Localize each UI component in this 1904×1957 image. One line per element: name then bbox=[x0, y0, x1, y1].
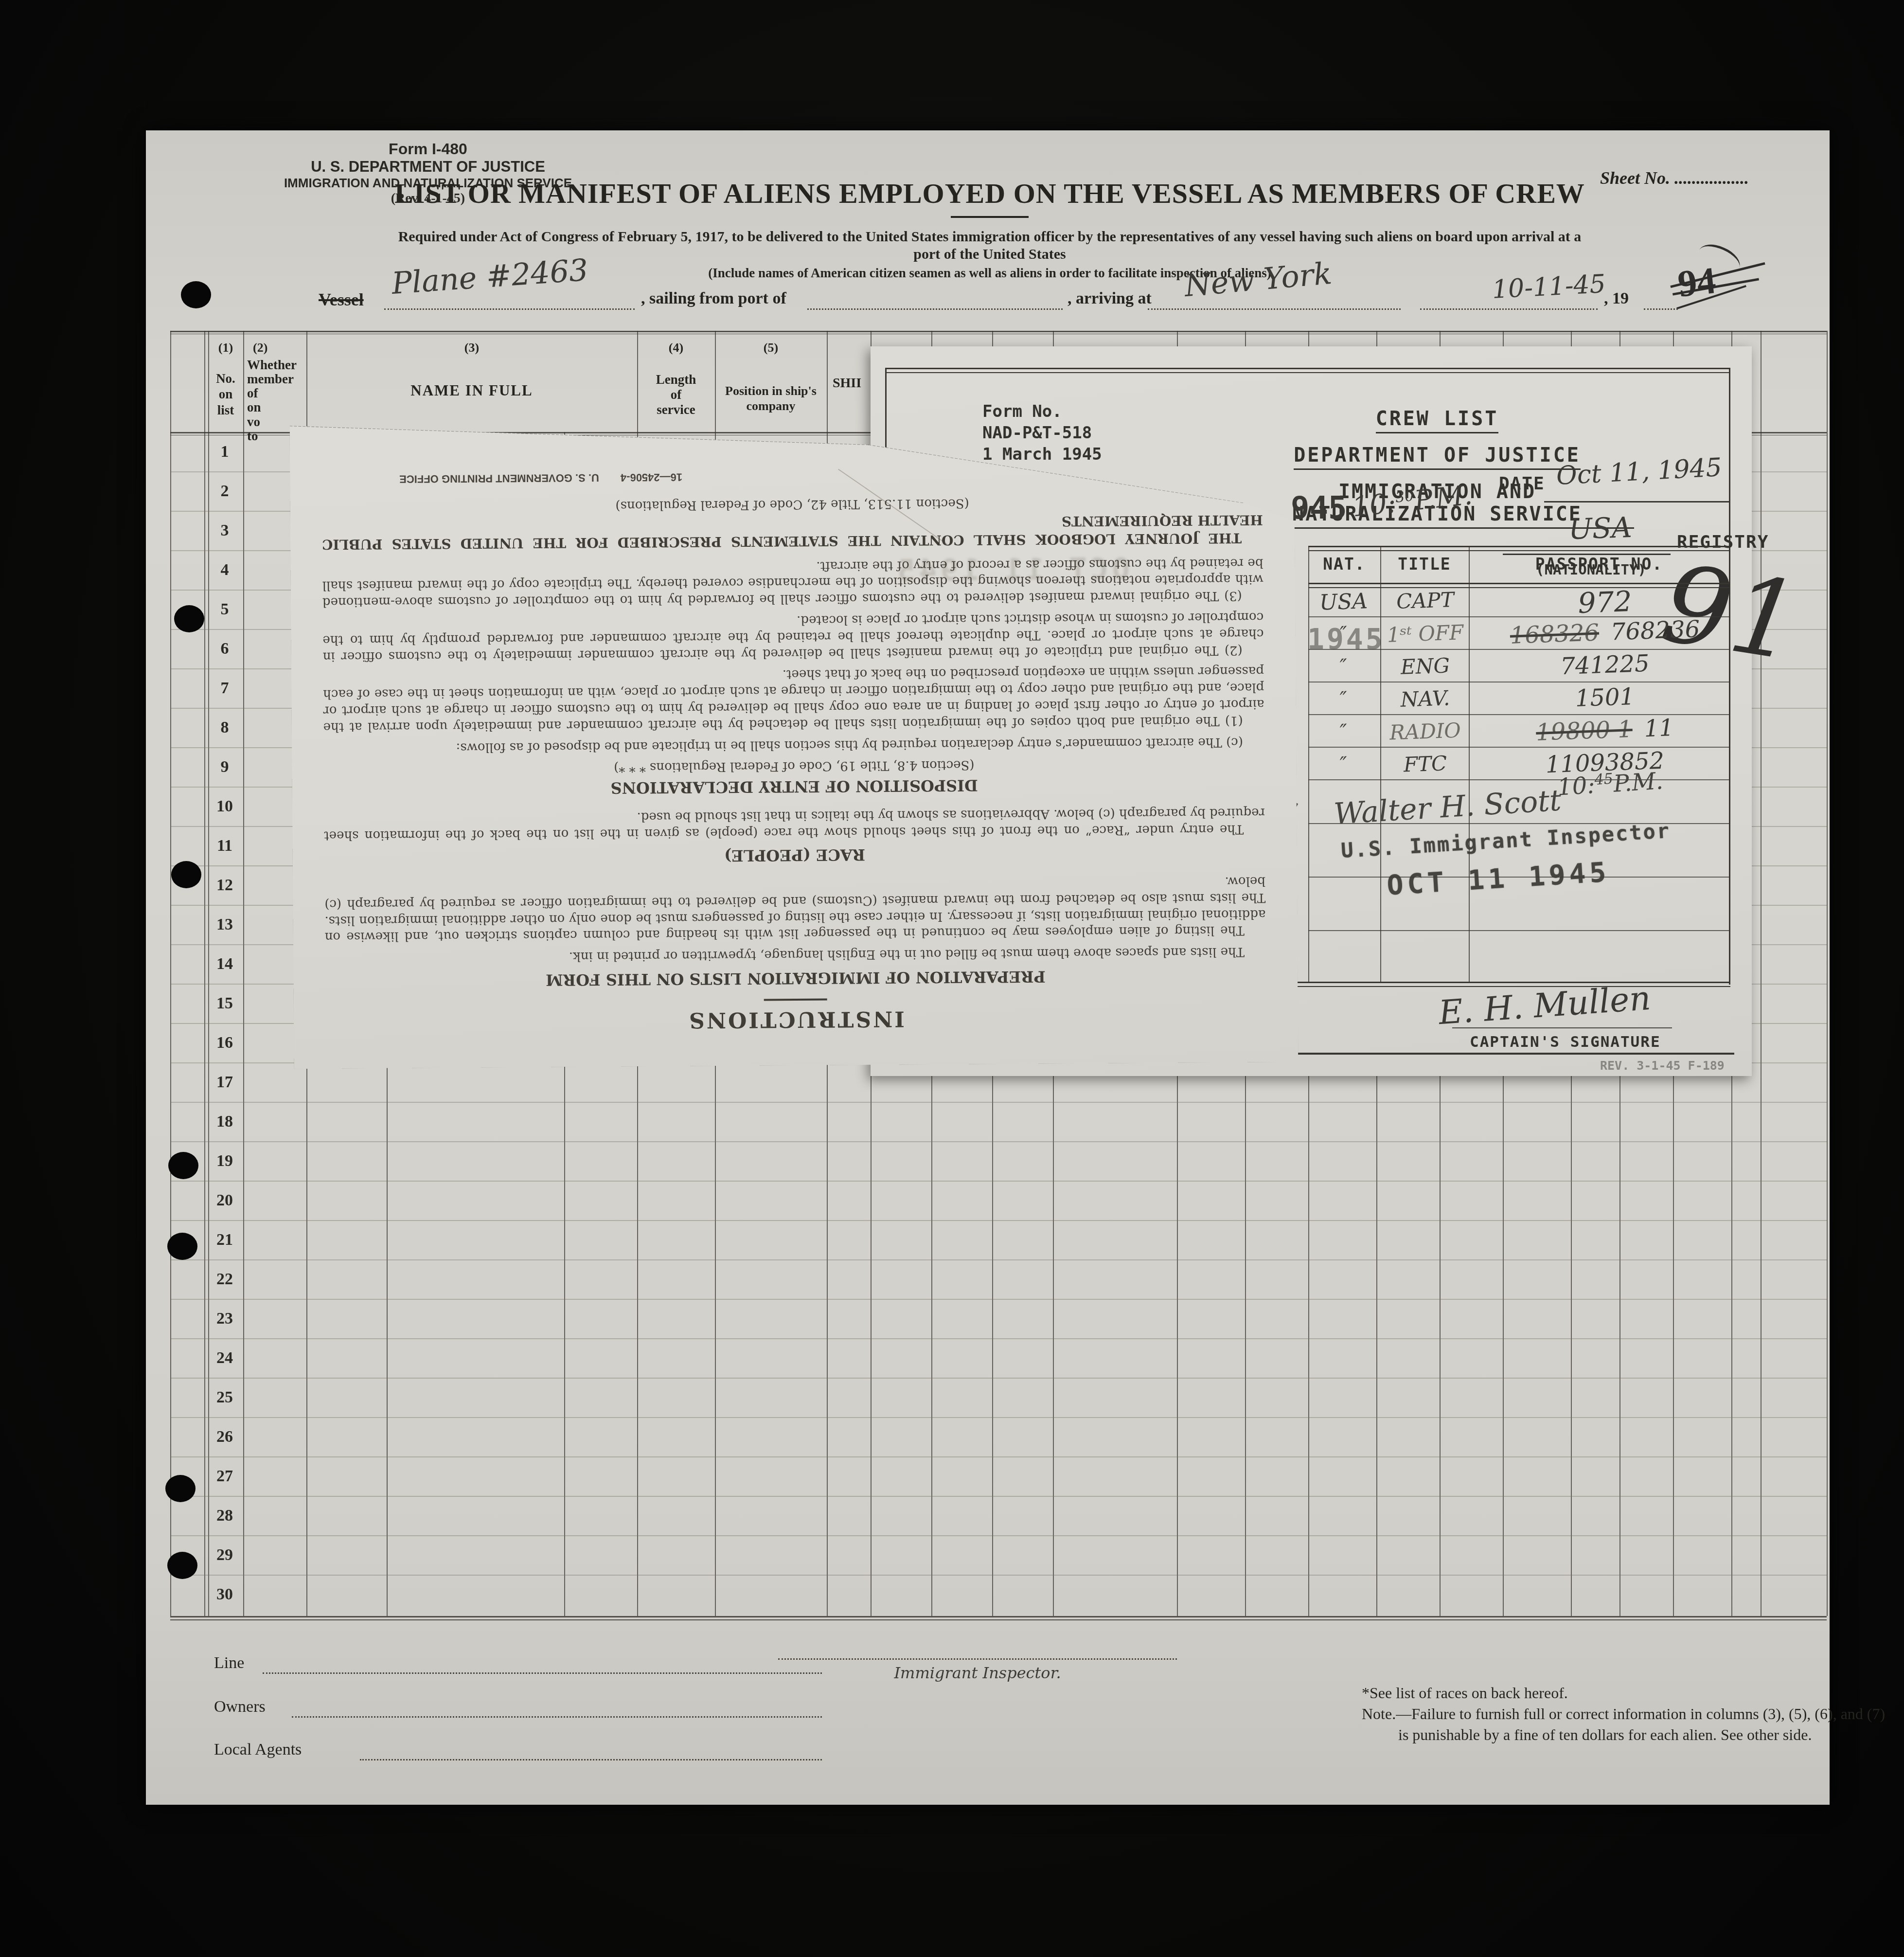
table-column-line bbox=[1827, 331, 1828, 1616]
inspector-stamp-block: Walter H. Scott 10:45P.M. U.S. Immigrant… bbox=[1324, 769, 1711, 933]
captain-signature: E. H. Mullen bbox=[1438, 979, 1652, 1032]
row-number: 14 bbox=[206, 955, 243, 973]
crew-nat-value: ″ bbox=[1308, 752, 1379, 776]
sheet-no-label: Sheet No. ................. bbox=[1600, 168, 1749, 188]
table-row-line bbox=[171, 1102, 1827, 1103]
instructions-h2: RACE (PEOPLE) bbox=[324, 842, 1265, 868]
col2-line5: vo bbox=[247, 415, 297, 429]
crew-nat-value: ″ bbox=[1308, 719, 1379, 744]
time-minutes-sup: 30 bbox=[1394, 487, 1415, 506]
row-number: 6 bbox=[206, 640, 243, 658]
crew-nat-value: USA bbox=[1308, 588, 1379, 615]
table-row-line bbox=[171, 1338, 1827, 1339]
inspector-time-pm: P.M. bbox=[1613, 768, 1664, 798]
col5-line1: Position in ship's bbox=[715, 383, 827, 398]
instructions-text: INSTRUCTIONSPREPARATION OF IMMIGRATION L… bbox=[321, 459, 1266, 1039]
hole-punch-6 bbox=[165, 1475, 196, 1502]
table-row-line bbox=[171, 1259, 1827, 1260]
col3-label: NAME IN FULL bbox=[306, 382, 637, 399]
crew-manifest-scan-root: { "page": { "form_id": { "line1": "Form … bbox=[0, 0, 1904, 1957]
sailing-label: , sailing from port of bbox=[641, 289, 786, 308]
crew-box-top-border bbox=[885, 368, 1730, 373]
agents-label: Local Agents bbox=[214, 1741, 302, 1759]
row-number: 1 bbox=[206, 443, 243, 461]
crew-passport-cell: 1501 bbox=[1483, 680, 1727, 715]
crew-nat-value: ″ bbox=[1308, 654, 1379, 679]
instructions-paragraph: The lists and spaces above them must be … bbox=[325, 943, 1266, 966]
crew-passport-value: 768236 bbox=[1610, 615, 1700, 646]
arrival-date-handwritten: 10-11-45 bbox=[1492, 269, 1606, 305]
row-number: 18 bbox=[206, 1113, 243, 1131]
col4-number: (4) bbox=[637, 341, 715, 355]
penalty-note-line2: is punishable by a fine of ten dollars f… bbox=[1398, 1726, 1812, 1744]
inspector-signature: Walter H. Scott bbox=[1333, 783, 1563, 831]
crew-header-title: TITLE bbox=[1380, 555, 1469, 574]
row-number: 26 bbox=[206, 1428, 243, 1446]
instructions-h2: DISPOSITION OF ENTRY DECLARATIONS bbox=[324, 773, 1265, 800]
col1-number: (1) bbox=[208, 341, 243, 355]
crew-passport-value: 741225 bbox=[1560, 650, 1650, 680]
col1-line1: No. bbox=[208, 371, 243, 386]
crew-table-row: USACAPT972 bbox=[1308, 588, 1729, 618]
col4-line1: Length bbox=[637, 372, 715, 387]
date-label: DATE bbox=[1499, 474, 1545, 494]
instructions-h2: PREPARATION OF IMMIGRATION LISTS ON THIS… bbox=[325, 964, 1266, 991]
crew-passport-value: 1501 bbox=[1575, 683, 1635, 712]
hole-punch-2 bbox=[174, 605, 204, 632]
time-hours: 10: bbox=[1351, 487, 1397, 523]
row-number: 24 bbox=[206, 1349, 243, 1367]
crew-passport-struck: 19800 1 bbox=[1535, 716, 1633, 746]
crew-form-date: 1 March 1945 bbox=[982, 444, 1102, 465]
table-border-line bbox=[170, 334, 1827, 334]
table-row-line bbox=[171, 1575, 1827, 1576]
crew-table-row: ″RADIO19800 1 11 bbox=[1308, 718, 1729, 749]
year-label: , 19 bbox=[1604, 289, 1629, 308]
date-rule bbox=[1544, 501, 1729, 503]
instructions-paragraph: (2) The original and triplicate of the i… bbox=[322, 609, 1264, 664]
col3-number: (3) bbox=[306, 341, 637, 355]
crew-form-no-block: Form No. NAD-P&T-518 1 March 1945 bbox=[982, 401, 1102, 466]
crew-title-value: FTC bbox=[1380, 751, 1471, 777]
instructions-paragraph: The listing of alien employees may be co… bbox=[324, 872, 1266, 945]
col2-line2: member bbox=[247, 372, 297, 386]
row-number: 2 bbox=[206, 482, 243, 501]
crew-table-row: ″1ˢᵗ OFF168326 768236 bbox=[1308, 621, 1729, 651]
row-number: 9 bbox=[206, 758, 243, 776]
row-number: 4 bbox=[206, 561, 243, 579]
row-number: 30 bbox=[206, 1585, 243, 1604]
form-number: Form I-480 bbox=[263, 140, 593, 158]
hole-punch-4 bbox=[168, 1152, 198, 1179]
table-row-line bbox=[171, 1181, 1827, 1182]
row-number: 10 bbox=[206, 797, 243, 816]
row-number: 28 bbox=[206, 1507, 243, 1525]
col4-line3: service bbox=[637, 402, 715, 417]
inspector-time-minutes: 45 bbox=[1594, 771, 1614, 789]
row-number: 25 bbox=[206, 1388, 243, 1407]
row-number: 16 bbox=[206, 1034, 243, 1052]
title-underline bbox=[951, 216, 1029, 218]
owners-label: Owners bbox=[214, 1698, 266, 1716]
instructions-rule bbox=[764, 998, 827, 1001]
captain-signature-label: CAPTAIN'S SIGNATURE bbox=[1470, 1033, 1661, 1051]
hole-punch-5 bbox=[167, 1233, 197, 1260]
row-number: 22 bbox=[206, 1270, 243, 1289]
line-dotted bbox=[263, 1656, 822, 1674]
table-row-line bbox=[171, 1496, 1827, 1497]
captain-signature-rule bbox=[1452, 1027, 1672, 1028]
row-number: 3 bbox=[206, 521, 243, 540]
crew-title-value: ENG bbox=[1380, 653, 1471, 680]
table-row-line bbox=[171, 1220, 1827, 1221]
table-row-line bbox=[171, 1378, 1827, 1379]
col5-line2: company bbox=[715, 398, 827, 413]
instructions-paragraph: (c) The aircraft commander’s entry decla… bbox=[323, 733, 1264, 756]
owners-dotted bbox=[292, 1700, 822, 1718]
col1-line3: list bbox=[208, 402, 243, 418]
col5-number: (5) bbox=[715, 341, 827, 355]
crew-title-value: RADIO bbox=[1380, 718, 1471, 745]
col4-label: Length of service bbox=[637, 372, 715, 417]
inspector-label: Immigrant Inspector. bbox=[827, 1664, 1128, 1682]
row-number: 19 bbox=[206, 1152, 243, 1170]
table-column-line bbox=[170, 331, 171, 1616]
time-pm: P.M. bbox=[1413, 479, 1474, 517]
crew-form-no-label: Form No. bbox=[982, 401, 1102, 422]
arriving-label: , arriving at bbox=[1068, 289, 1152, 308]
rev-note: REV. 3-1-45 F-189 bbox=[1600, 1059, 1725, 1073]
crew-header-dept: DEPARTMENT OF JUSTICE bbox=[1294, 444, 1581, 470]
table-row-line bbox=[171, 1141, 1827, 1142]
crew-table-row: ″NAV.1501 bbox=[1308, 686, 1729, 716]
row-number: 27 bbox=[206, 1467, 243, 1486]
col2-line4: on bbox=[247, 400, 297, 414]
table-border-line bbox=[170, 1619, 1827, 1620]
date-stamp: OCT 11 1945 bbox=[1386, 857, 1611, 902]
table-row-line bbox=[171, 1535, 1827, 1536]
inspector-time-hours: 10: bbox=[1556, 772, 1596, 801]
crew-table-row: ″ENG741225 bbox=[1308, 653, 1729, 683]
row-number: 5 bbox=[206, 600, 243, 619]
crew-title-value: CAPT bbox=[1380, 587, 1471, 614]
page-title: LIST OR MANIFEST OF ALIENS EMPLOYED ON T… bbox=[394, 177, 1585, 210]
subtitle-line2: port of the United States bbox=[913, 246, 1066, 263]
crew-form-no-value: NAD-P&T-518 bbox=[982, 422, 1102, 444]
crew-table-top-border bbox=[1308, 546, 1729, 551]
row-number: 21 bbox=[206, 1231, 243, 1249]
pencil-scribble: 94 bbox=[1678, 260, 1716, 304]
table-column-line bbox=[1761, 331, 1762, 1616]
col6-label: SHII bbox=[833, 376, 861, 391]
row-number: 20 bbox=[206, 1191, 243, 1210]
row-number: 8 bbox=[206, 718, 243, 737]
hole-punch-3 bbox=[171, 861, 201, 888]
crew-passport-cell: 19800 1 11 bbox=[1483, 712, 1727, 748]
instructions-paragraph: (1) The original and both copies of the … bbox=[323, 663, 1264, 735]
sailing-dotted-line bbox=[807, 292, 1063, 310]
table-border-line bbox=[170, 1616, 1827, 1617]
col2-label: Whether member of on vo to bbox=[247, 358, 297, 443]
col2-line6: to bbox=[247, 429, 297, 443]
col2-number: (2) bbox=[253, 341, 267, 355]
crew-passport-value: 11 bbox=[1644, 714, 1674, 742]
nationality-value-handwritten: USA bbox=[1568, 511, 1633, 546]
crew-title-value: NAV. bbox=[1380, 685, 1471, 712]
table-row-line bbox=[171, 1417, 1827, 1418]
crew-passport-value: 972 bbox=[1577, 585, 1632, 620]
crew-nat-value: ″ bbox=[1308, 686, 1379, 711]
crew-header-nat: NAT. bbox=[1308, 555, 1380, 574]
year-dotted-line bbox=[1644, 292, 1678, 310]
inspector-time: 10:45P.M. bbox=[1556, 768, 1664, 801]
row-number: 11 bbox=[206, 837, 243, 855]
instructions-sheet-overlay: OCT 11 1945 INSTRUCTIONSPREPARATION OF I… bbox=[289, 415, 1298, 1069]
col2-line3: of bbox=[247, 386, 297, 400]
crew-header-passport: PASSPORT NO. bbox=[1469, 555, 1729, 574]
instructions-h1: INSTRUCTIONS bbox=[325, 1002, 1266, 1037]
table-border-line bbox=[170, 331, 1827, 332]
form-department: U. S. DEPARTMENT OF JUSTICE bbox=[263, 158, 593, 176]
crew-passport-cell: 741225 bbox=[1483, 647, 1727, 682]
col1-line2: on bbox=[208, 386, 243, 402]
row-number: 23 bbox=[206, 1310, 243, 1328]
line-label: Line bbox=[214, 1654, 244, 1672]
col5-label: Position in ship's company bbox=[715, 383, 827, 413]
row-number: 7 bbox=[206, 679, 243, 698]
instructions-paragraph: The entry under “Race” on the front of t… bbox=[324, 804, 1265, 843]
table-column-line bbox=[243, 331, 244, 1616]
vessel-label: Vessel bbox=[319, 289, 364, 310]
table-row-line bbox=[171, 1299, 1827, 1300]
penalty-note-line1: Note.—Failure to furnish full or correct… bbox=[1362, 1705, 1885, 1723]
row-number: 29 bbox=[206, 1546, 243, 1564]
row-number: 15 bbox=[206, 994, 243, 1013]
hole-punch-1 bbox=[181, 281, 211, 308]
table-row-line bbox=[171, 1456, 1827, 1457]
col1-label: No. on list bbox=[208, 371, 243, 418]
row-number: 13 bbox=[206, 916, 243, 934]
col2-line1: Whether bbox=[247, 358, 297, 372]
crew-passport-struck: 168326 bbox=[1510, 619, 1600, 649]
table-column-line bbox=[204, 331, 205, 1616]
agents-dotted bbox=[360, 1742, 822, 1760]
subtitle-line1: Required under Act of Congress of Februa… bbox=[398, 229, 1582, 245]
row-number: 12 bbox=[206, 876, 243, 895]
hole-punch-7 bbox=[167, 1552, 197, 1579]
crew-title-value: 1ˢᵗ OFF bbox=[1380, 620, 1471, 647]
inspector-dotted bbox=[778, 1642, 1177, 1660]
row-number: 17 bbox=[206, 1073, 243, 1092]
instructions-caps: THE JOURNEY LOGBOOK SHALL CONTAIN THE ST… bbox=[322, 511, 1263, 553]
instructions-paragraph: (3) The original inward manifest deliver… bbox=[322, 554, 1263, 610]
partial-945-stamp: 945 bbox=[1291, 490, 1347, 526]
crew-nat-value: ″ bbox=[1308, 621, 1379, 646]
races-note: *See list of races on back hereof. bbox=[1362, 1684, 1568, 1702]
crew-header-title: CREW LIST bbox=[1376, 408, 1499, 433]
col4-line2: of bbox=[637, 387, 715, 402]
